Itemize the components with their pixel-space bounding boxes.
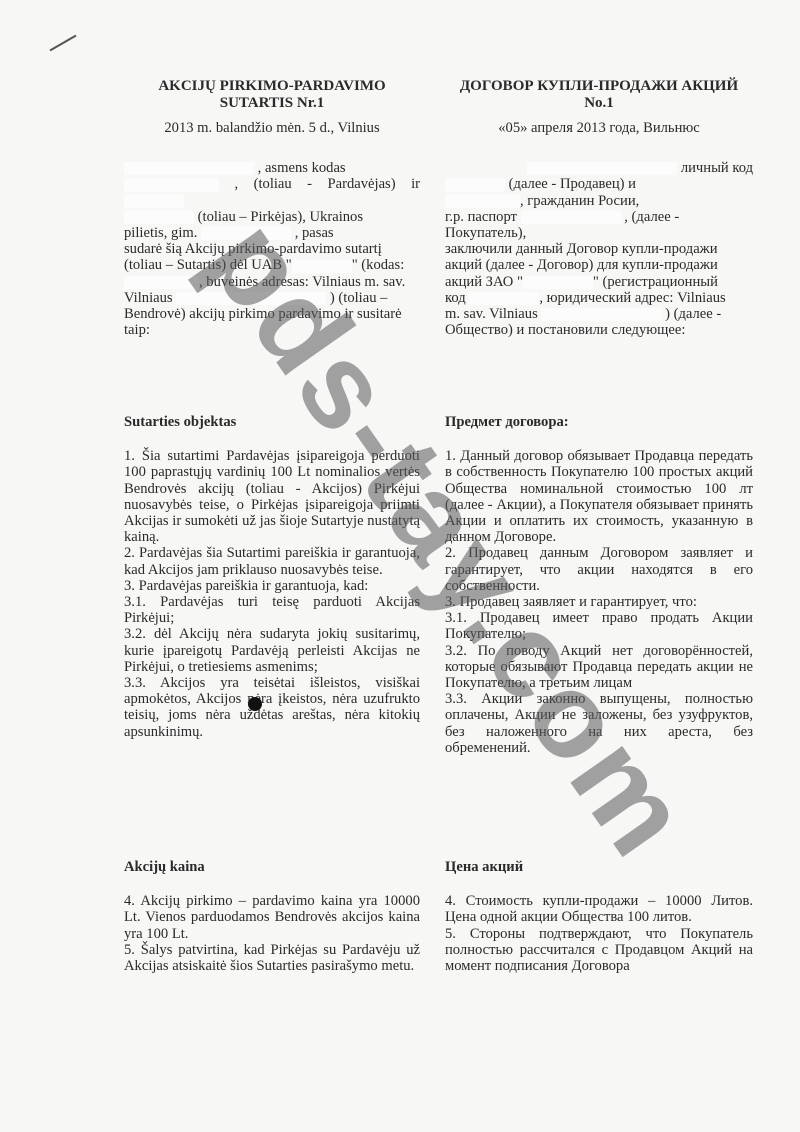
lt-title-line1: AKCIJŲ PIRKIMO-PARDAVIMO <box>124 78 420 95</box>
ru-parties-line: Общество) и постановили следующее: <box>445 322 753 338</box>
lt-section1-heading: Sutarties objektas <box>124 414 420 430</box>
ru-parties-line: заключили данный Договор купли-продажи <box>445 241 753 257</box>
ru-section2-heading: Цена акций <box>445 859 753 875</box>
lt-clause-3-1: 3.1. Pardavėjas turi teisę parduoti Akci… <box>124 594 420 626</box>
ru-title: ДОГОВОР КУПЛИ-ПРОДАЖИ АКЦИЙ No.1 <box>445 78 753 112</box>
ru-clause-3: 3. Продавец заявляет и гарантирует, что: <box>445 594 753 610</box>
ru-parties-line: Покупатель), <box>445 225 753 241</box>
ru-clause-3-1: 3.1. Продавец имеет право продать Акции … <box>445 610 753 642</box>
ru-title-line1: ДОГОВОР КУПЛИ-ПРОДАЖИ АКЦИЙ <box>445 78 753 95</box>
lt-title: AKCIJŲ PIRKIMO-PARDAVIMO SUTARTIS Nr.1 <box>124 78 420 112</box>
ru-clause-2: 2. Продавец данным Договором заявляет и … <box>445 545 753 594</box>
ru-clause-3-2: 3.2. По поводу Акций нет договорённостей… <box>445 643 753 692</box>
lt-parties: , asmens kodas , (toliau - Pardavėjas) i… <box>124 160 420 338</box>
ru-clause-1: 1. Данный договор обязывает Продавца пер… <box>445 448 753 545</box>
lt-clause-3-3: 3.3. Akcijos yra teisėtai išleistos, vis… <box>124 675 420 740</box>
lt-section2-heading: Akcijų kaina <box>124 859 420 875</box>
ru-parties-line: акций (далее - Договор) для купли-продаж… <box>445 257 753 273</box>
lt-parties-line: sudarė šią Akcijų pirkimo-pardavimo suta… <box>124 241 420 257</box>
ru-clause-4: 4. Стоимость купли-продажи – 10000 Литов… <box>445 893 753 925</box>
russian-column: ДОГОВОР КУПЛИ-ПРОДАЖИ АКЦИЙ No.1 «05» ап… <box>445 78 753 338</box>
ru-clause-3-3: 3.3. Акции законно выпущены, полностью о… <box>445 691 753 756</box>
ru-section-object: Предмет договора: 1. Данный договор обяз… <box>445 414 753 756</box>
lt-parties-line: taip: <box>124 322 420 338</box>
lt-clause-5: 5. Šalys patvirtina, kad Pirkėjas su Par… <box>124 942 420 974</box>
ru-parties-line: акций ЗАО "" (регистрационный <box>445 274 753 290</box>
lt-date: 2013 m. balandžio mėn. 5 d., Vilnius <box>124 120 420 136</box>
ru-title-line2: No.1 <box>445 95 753 112</box>
lt-parties-line: Bendrovė) akcijų pirkimo pardavimo ir su… <box>124 306 420 322</box>
ru-clause-5: 5. Стороны подтверждают, что Покупатель … <box>445 926 753 975</box>
lt-clause-1: 1. Šia sutartimi Pardavėjas įsipareigoja… <box>124 448 420 545</box>
ink-dot <box>248 697 262 711</box>
lt-parties-line: (toliau – Sutartis) dėl UAB "" (kodas: <box>124 257 420 273</box>
lt-parties-line: (toliau – Pirkėjas), Ukrainos <box>124 209 420 225</box>
lt-section-price: Akcijų kaina 4. Akcijų pirkimo – pardavi… <box>124 859 420 974</box>
lt-parties-line: , (toliau - Pardavėjas) ir <box>124 176 420 208</box>
lt-clause-3: 3. Pardavėjas pareiškia ir garantuoja, k… <box>124 578 420 594</box>
lt-clause-3-2: 3.2. dėl Akcijų nėra sudaryta jokių susi… <box>124 626 420 675</box>
ru-parties-line: личный код <box>445 160 753 176</box>
ru-parties: личный код (далее - Продавец) и , гражда… <box>445 160 753 338</box>
ru-section1-heading: Предмет договора: <box>445 414 753 430</box>
contract-page: AKCIJŲ PIRKIMO-PARDAVIMO SUTARTIS Nr.1 2… <box>0 0 800 1132</box>
lithuanian-column: AKCIJŲ PIRKIMO-PARDAVIMO SUTARTIS Nr.1 2… <box>124 78 420 338</box>
lt-clause-2: 2. Pardavėjas šia Sutartimi pareiškia ir… <box>124 545 420 577</box>
lt-parties-line: Vilniaus ) (toliau – <box>124 290 420 306</box>
ru-parties-line: код , юридический адрес: Vilniaus <box>445 290 753 306</box>
lt-clause-4: 4. Akcijų pirkimo – pardavimo kaina yra … <box>124 893 420 942</box>
lt-title-line2: SUTARTIS Nr.1 <box>124 95 420 112</box>
lt-parties-line: , asmens kodas <box>124 160 420 176</box>
ru-date: «05» апреля 2013 года, Вильнюс <box>445 120 753 136</box>
lt-parties-line: pilietis, gim. , pasas <box>124 225 420 241</box>
ru-parties-line: г.р. паспорт , (далее - <box>445 209 753 225</box>
ru-parties-line: , гражданин Росии, <box>445 193 753 209</box>
ru-section-price: Цена акций 4. Стоимость купли-продажи – … <box>445 859 753 974</box>
pen-mark <box>50 35 77 52</box>
ru-parties-line: m. sav. Vilniaus ) (далее - <box>445 306 753 322</box>
ru-parties-line: (далее - Продавец) и <box>445 176 753 192</box>
lt-parties-line: , buveinės adresas: Vilniaus m. sav. <box>124 274 420 290</box>
lt-section-object: Sutarties objektas 1. Šia sutartimi Pard… <box>124 414 420 740</box>
